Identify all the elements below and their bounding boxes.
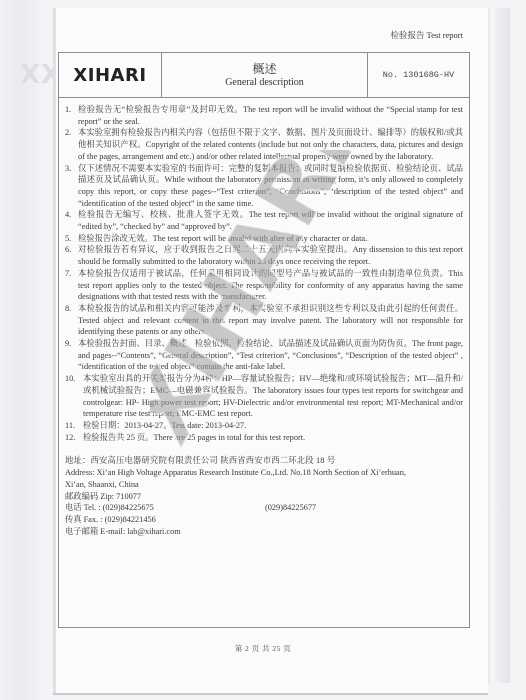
header-table: XIHARI 概述 General description No. 130168… <box>58 52 470 98</box>
note-text: 本检验报告封面、目录、概述、检验依据、检验结论、试品描述及试品确认页面为防伪页。… <box>77 338 463 373</box>
note-text: 本检验报告的试品和相关内容可能涉及专利，本实验室不承担识别这些专利以及由此引起的… <box>77 303 463 338</box>
section-title-cell: 概述 General description <box>162 53 368 97</box>
note-text: 检验日期：2013-04-27。Test date: 2013-04-27. <box>82 420 463 432</box>
note-item: 4.检验报告无编写、校核、批准人签字无效。The test report wil… <box>65 209 463 232</box>
telephone-1: 电话 Tel. : (029)84225675 <box>65 503 154 512</box>
note-item: 5.检验报告涂改无效。The test report will be inval… <box>65 233 463 245</box>
logo-cell: XIHARI <box>59 53 162 97</box>
note-text: 本检验报告仅适用于被试品，任何采用相同设计的同型号产品与被试品的一致性由制造单位… <box>77 268 463 303</box>
notes-list: 1.检验报告无“检验报告专用章”及封印无效。The test report wi… <box>65 104 463 443</box>
note-number: 9. <box>65 338 77 373</box>
note-number: 11. <box>65 420 82 432</box>
address-cn: 地址：西安高压电器研究院有限责任公司 陕西省西安市西二环北段 18 号 <box>65 455 463 467</box>
note-item: 9.本检验报告封面、目录、概述、检验依据、检验结论、试品描述及试品确认页面为防伪… <box>65 338 463 373</box>
note-item: 11.检验日期：2013-04-27。Test date: 2013-04-27… <box>65 420 463 432</box>
note-text: 本实验室出具的开关类报告分为4种：HP—容量试验报告；HV—绝缘和/或环境试验报… <box>82 373 463 420</box>
note-item: 6.对检验报告若有异议，应于收到报告之日起二十五天内向本实验室提出。Any di… <box>65 244 463 267</box>
note-item: 2.本实验室拥有检验报告内相关内容（包括但不限于文字、数据、图片及页面设计、编排… <box>65 127 463 162</box>
note-item: 10.本实验室出具的开关类报告分为4种：HP—容量试验报告；HV—绝缘和/或环境… <box>65 373 463 420</box>
note-number: 6. <box>65 244 77 267</box>
report-type-label: 检验报告 Test report <box>390 29 463 41</box>
note-text: 检验报告涂改无效。The test report will be invalid… <box>77 233 463 245</box>
note-text: 本实验室拥有检验报告内相关内容（包括但不限于文字、数据、图片及页面设计、编排等）… <box>77 127 463 162</box>
note-item: 3.仅下述情况不需要本实验室的书面许可：完整的复制本报告；或同时复制检验依据页、… <box>65 163 463 210</box>
note-number: 1. <box>65 104 77 127</box>
note-text: 检验报告共 25 页。There are 25 pages in total f… <box>82 432 463 444</box>
note-number: 7. <box>65 268 77 303</box>
contact-block: 地址：西安高压电器研究院有限责任公司 陕西省西安市西二环北段 18 号 Addr… <box>65 455 463 537</box>
section-title-cn: 概述 <box>252 62 276 76</box>
email-address[interactable]: 电子邮箱 E-mail: lab@xihari.com <box>65 526 463 538</box>
note-number: 8. <box>65 303 77 338</box>
note-text: 对检验报告若有异议，应于收到报告之日起二十五天内向本实验室提出。Any diss… <box>77 244 463 267</box>
report-number: No. 130168G-HV <box>383 70 454 80</box>
general-description-box: 1.检验报告无“检验报告专用章”及封印无效。The test report wi… <box>58 97 470 628</box>
note-number: 4. <box>65 209 77 232</box>
note-text: 检验报告无编写、校核、批准人签字无效。The test report will … <box>77 209 463 232</box>
note-item: 8.本检验报告的试品和相关内容可能涉及专利，本实验室不承担识别这些专利以及由此引… <box>65 303 463 338</box>
note-number: 12. <box>65 432 82 444</box>
zip-code: 邮政编码 Zip: 710077 <box>65 491 463 503</box>
note-text: 仅下述情况不需要本实验室的书面许可：完整的复制本报告；或同时复制检验依据页、检验… <box>77 163 463 210</box>
note-item: 12.检验报告共 25 页。There are 25 pages in tota… <box>65 432 463 444</box>
note-item: 7.本检验报告仅适用于被试品，任何采用相同设计的同型号产品与被试品的一致性由制造… <box>65 268 463 303</box>
note-number: 3. <box>65 163 77 210</box>
fax-number: 传真 Fax. : (029)84221456 <box>65 514 463 526</box>
page-indicator: 第 2 页 共 25 页 <box>0 643 526 654</box>
note-text: 检验报告无“检验报告专用章”及封印无效。The test report will… <box>77 104 463 127</box>
note-number: 5. <box>65 233 77 245</box>
page-binding-strip <box>488 8 510 683</box>
address-en-line-1: Address: Xi’an High Voltage Apparatus Re… <box>65 467 463 479</box>
telephone-row: 电话 Tel. : (029)84225675 (029)84225677 <box>65 502 463 514</box>
address-en-line-2: Xi’an, Shaanxi, China <box>65 479 463 491</box>
note-item: 1.检验报告无“检验报告专用章”及封印无效。The test report wi… <box>65 104 463 127</box>
report-number-cell: No. 130168G-HV <box>368 53 469 97</box>
note-number: 2. <box>65 127 77 162</box>
section-title-en: General description <box>225 76 304 89</box>
telephone-2: (029)84225677 <box>265 502 316 514</box>
company-logo: XIHARI <box>73 65 146 86</box>
note-number: 10. <box>65 373 82 420</box>
